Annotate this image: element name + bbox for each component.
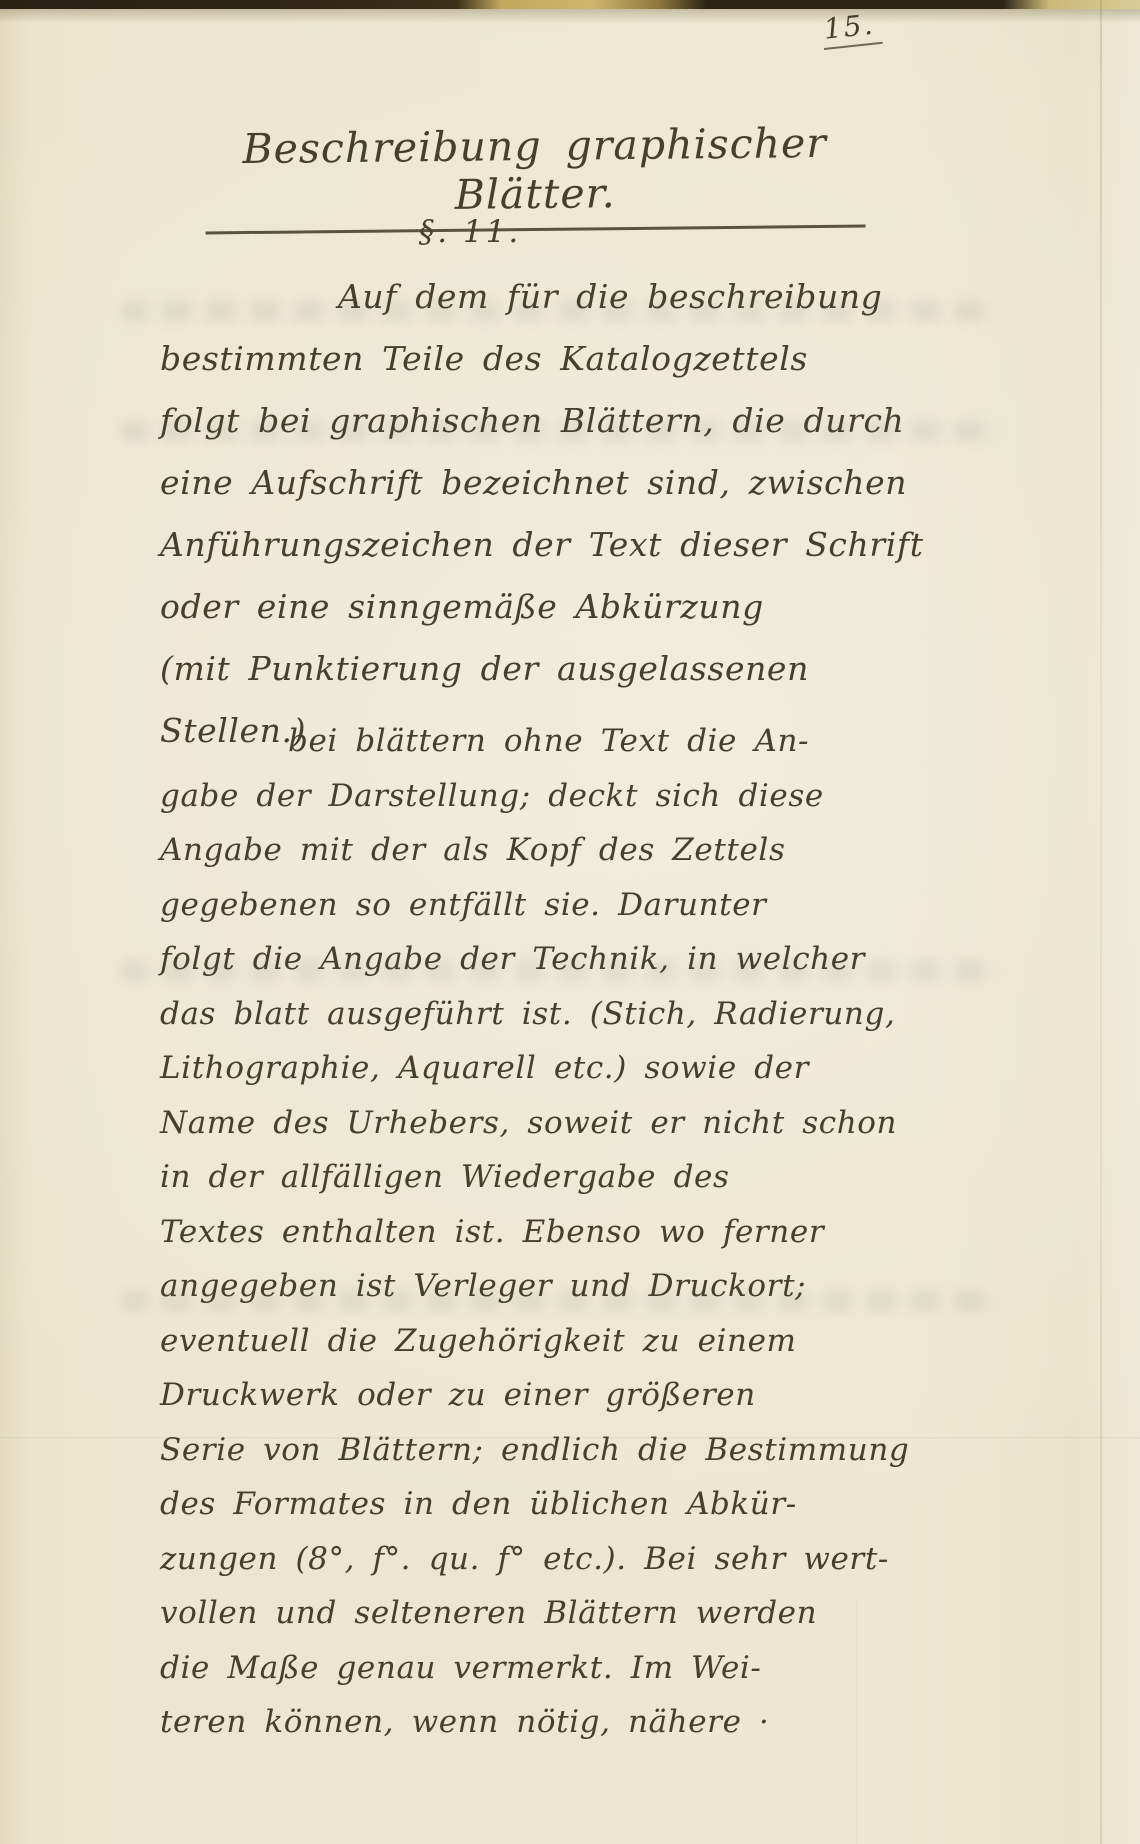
manuscript-line: Lithographie, Aquarell etc.) sowie der: [160, 1041, 960, 1096]
manuscript-line: des Formates in den üblichen Abkür-: [160, 1477, 960, 1532]
manuscript-line: Angabe mit der als Kopf des Zettels: [160, 823, 960, 878]
manuscript-line: das blatt ausgeführt ist. (Stich, Radier…: [160, 987, 960, 1042]
book-binding-edge: [0, 0, 1140, 9]
manuscript-line: Auf dem für die beschreibung: [160, 266, 960, 328]
manuscript-line: angegeben ist Verleger und Druckort;: [160, 1259, 960, 1314]
manuscript-line: vollen und selteneren Blättern werden: [160, 1586, 960, 1641]
manuscript-line: zungen (8°, f°. qu. f° etc.). Bei sehr w…: [160, 1532, 960, 1587]
manuscript-line: Name des Urhebers, soweit er nicht schon: [160, 1096, 960, 1151]
manuscript-line: folgt bei graphischen Blättern, die durc…: [160, 390, 960, 452]
manuscript-line: gegebenen so entfällt sie. Darunter: [160, 878, 960, 933]
manuscript-line: Druckwerk oder zu einer größeren: [160, 1368, 960, 1423]
manuscript-line: oder eine sinngemäße Abkürzung: [160, 576, 960, 638]
manuscript-line: Textes enthalten ist. Ebenso wo ferner: [160, 1205, 960, 1260]
manuscript-page: 15. Beschreibung graphischer Blätter. §.…: [0, 0, 1140, 1844]
manuscript-line: bestimmten Teile des Katalogzettels: [160, 328, 960, 390]
manuscript-line: gabe der Darstellung; deckt sich diese: [160, 769, 960, 824]
manuscript-line: (mit Punktierung der ausgelassenen: [160, 638, 960, 700]
manuscript-line: folgt die Angabe der Technik, in welcher: [160, 932, 960, 987]
binding-shadow: [0, 9, 1140, 23]
manuscript-line: teren können, wenn nötig, nähere ·: [160, 1695, 960, 1750]
paragraph-2: bei blättern ohne Text die An- gabe der …: [160, 714, 960, 1750]
section-heading: §. 11.: [0, 214, 940, 250]
manuscript-line: die Maße genau vermerkt. Im Wei-: [160, 1641, 960, 1696]
manuscript-line: Anführungszeichen der Text dieser Schrif…: [160, 514, 960, 576]
manuscript-line: eventuell die Zugehörigkeit zu einem: [160, 1314, 960, 1369]
page-number: 15.: [820, 7, 882, 50]
manuscript-line: bei blättern ohne Text die An-: [160, 714, 960, 769]
manuscript-line: Serie von Blättern; endlich die Bestimmu…: [160, 1423, 960, 1478]
manuscript-line: eine Aufschrift bezeichnet sind, zwische…: [160, 452, 960, 514]
manuscript-line: in der allfälligen Wiedergabe des: [160, 1150, 960, 1205]
page-edge-crease: [1100, 0, 1102, 1844]
paragraph-1: Auf dem für die beschreibung bestimmten …: [160, 266, 960, 762]
